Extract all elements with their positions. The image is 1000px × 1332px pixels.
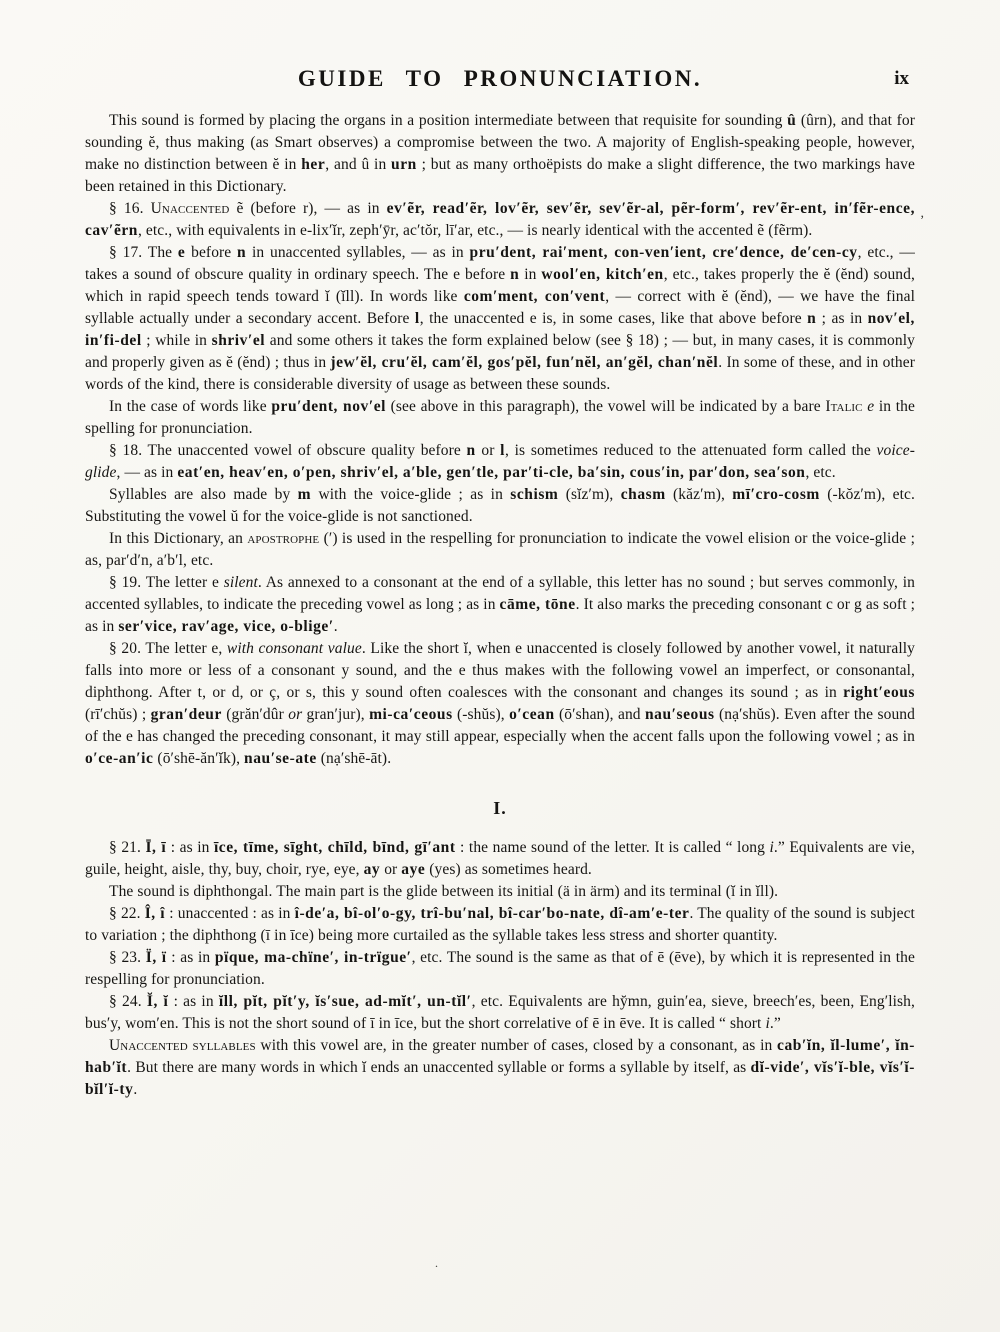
example-word: mī′cro-cosm [732, 486, 820, 503]
text-run: with consonant value [227, 640, 362, 657]
page-body: This sound is formed by placing the orga… [85, 110, 915, 1101]
page-number: ix [894, 68, 909, 90]
text-run: This sound is formed by placing the orga… [109, 112, 787, 129]
text-run: § 17. The [109, 244, 178, 261]
text-run: apostrophe [247, 530, 319, 547]
text-run: : as in [166, 839, 214, 856]
text-run: (rī′chŭs) ; [85, 706, 151, 723]
paragraph-section-19: § 19. The letter e silent. As annexed to… [85, 572, 915, 638]
paragraph-intro: This sound is formed by placing the orga… [85, 110, 915, 198]
text-run: gran′jur), [302, 706, 369, 723]
example-word: jew′ĕl, cru′ĕl, cam′ĕl, gos′pĕl, fun′nĕl… [330, 354, 718, 371]
example-word: wool′en, kitch′en [541, 266, 663, 283]
text-run: § 18. The unaccented vowel of obscure qu… [109, 442, 467, 459]
text-run: : unaccented : as in [165, 905, 294, 922]
text-run: or [476, 442, 500, 459]
scan-artifact-comma: , [921, 206, 925, 222]
text-run: § 22. [109, 905, 145, 922]
example-word: n [807, 310, 816, 327]
text-run: In this Dictionary, an [109, 530, 247, 547]
example-word: ser′vice, rav′age, vice, o-blige′ [118, 618, 333, 635]
text-run: The sound is diphthongal. The main part … [109, 883, 778, 900]
text-run: Unaccented syllables [109, 1037, 256, 1054]
example-word: gran′deur [151, 706, 222, 723]
example-word: nau′se-ate [244, 750, 317, 767]
example-word: Î, î [145, 905, 165, 922]
text-run: silent [224, 574, 258, 591]
text-run: or [288, 706, 302, 723]
text-run: (ō′shē-ăn′ĭk), [153, 750, 244, 767]
example-word: her [301, 156, 325, 173]
example-word: n [467, 442, 476, 459]
text-run: : as in [168, 993, 218, 1010]
example-word: urn [391, 156, 417, 173]
text-run: , the unaccented e is, in some cases, li… [420, 310, 807, 327]
example-word: o′cean [509, 706, 555, 723]
text-run: § 23. [109, 949, 146, 966]
example-word: schism [510, 486, 558, 503]
example-word: mi-ca′ceous [369, 706, 453, 723]
text-run: , — as in [117, 464, 178, 481]
text-run: (grăn′dûr [222, 706, 288, 723]
text-run: : the name sound of the letter. It is ca… [456, 839, 770, 856]
example-word: m [298, 486, 311, 503]
example-word: chasm [621, 486, 666, 503]
page-title: GUIDE TO PRONUNCIATION. [85, 66, 915, 92]
text-run: § 16. [109, 200, 151, 217]
example-word: com′ment, con′vent [464, 288, 605, 305]
example-word: î-de′a, bî-ol′o-gy, trî-bu′nal, bî-car′b… [295, 905, 690, 922]
text-run: in unaccented syllables, — as in [246, 244, 469, 261]
example-word: n [510, 266, 519, 283]
text-run: Italic [825, 398, 862, 415]
paragraph-section-24b: Unaccented syllables with this vowel are… [85, 1035, 915, 1101]
paragraph-section-24a: § 24. Ĭ, ĭ : as in ĭll, pĭt, pĭt′y, ĭs′s… [85, 991, 915, 1035]
example-word: ĭll, pĭt, pĭt′y, ĭs′sue, ad-mĭt′, un-tĭl… [219, 993, 472, 1010]
text-run: , is sometimes reduced to the attenuated… [505, 442, 877, 459]
text-run: Unaccented [151, 200, 230, 217]
text-run: ; as in [816, 310, 867, 327]
text-run: § 21. [109, 839, 145, 856]
page-header: GUIDE TO PRONUNCIATION. ix [85, 66, 915, 110]
text-run: (sĭz′m), [558, 486, 620, 503]
text-run: , etc., with equivalents in e-lix′ĭr, ze… [138, 222, 812, 239]
text-run: (ō′shan), and [555, 706, 645, 723]
example-word: shriv′el [212, 332, 266, 349]
example-word: pru′dent, rai′ment, con-ven′ient, cre′de… [470, 244, 858, 261]
paragraph-section-20: § 20. The letter e, with consonant value… [85, 638, 915, 770]
text-run: (yes) as sometimes heard. [425, 861, 592, 878]
text-run: (-shŭs), [453, 706, 509, 723]
text-run: , etc. [805, 464, 835, 481]
paragraph-section-23: § 23. Ï, ï : as in pïque, ma-chïne′, in-… [85, 947, 915, 991]
example-word: n [237, 244, 246, 261]
text-run: (nạ′shē-āt). [317, 750, 391, 767]
example-word: Ĭ, ĭ [147, 993, 169, 1010]
paragraph-section-17-note: In the case of words like pru′dent, nov′… [85, 396, 915, 440]
example-word: pïque, ma-chïne′, in-trïgue′ [215, 949, 412, 966]
text-run: or [380, 861, 401, 878]
example-word: eat′en, heav′en, o′pen, shriv′el, a′ble,… [177, 464, 805, 481]
text-run: with the voice-glide ; as in [311, 486, 510, 503]
paragraph-section-17: § 17. The e before n in unaccented sylla… [85, 242, 915, 396]
example-word: right′eous [843, 684, 915, 701]
text-run: before [185, 244, 237, 261]
text-run: (see above in this paragraph), the vowel… [386, 398, 825, 415]
text-run: with this vowel are, in the greater numb… [256, 1037, 777, 1054]
text-run: in [519, 266, 541, 283]
text-run: § 24. [109, 993, 147, 1010]
text-run: . [334, 618, 338, 635]
example-word: Ï, ï [146, 949, 167, 966]
text-run: § 19. The letter e [109, 574, 224, 591]
text-run: In the case of words like [109, 398, 271, 415]
example-word: û [787, 112, 796, 129]
letter-i-heading: I. [85, 798, 915, 819]
scan-artifact-dot: . [435, 1256, 438, 1271]
example-word: Ī, ī [145, 839, 166, 856]
text-run: ẽ (before r), — as in [229, 200, 386, 217]
dictionary-page: GUIDE TO PRONUNCIATION. ix This sound is… [0, 0, 1000, 1332]
text-run: : as in [167, 949, 215, 966]
paragraph-section-18b: Syllables are also made by m with the vo… [85, 484, 915, 528]
text-run: . But there are many words in which ĭ en… [127, 1059, 750, 1076]
text-run: ; while in [142, 332, 212, 349]
paragraph-section-18a: § 18. The unaccented vowel of obscure qu… [85, 440, 915, 484]
text-run: . [133, 1081, 137, 1098]
paragraph-section-22: § 22. Î, î : unaccented : as in î-de′a, … [85, 903, 915, 947]
paragraph-section-21a: § 21. Ī, ī : as in īce, tīme, sīght, chī… [85, 837, 915, 881]
paragraph-section-21b: The sound is diphthongal. The main part … [85, 881, 915, 903]
example-word: īce, tīme, sīght, chīld, bīnd, gī′ant [214, 839, 456, 856]
example-word: aye [401, 861, 425, 878]
text-run: (kăz′m), [666, 486, 733, 503]
example-word: ay [364, 861, 381, 878]
example-word: nau′seous [645, 706, 715, 723]
example-word: cāme, tōne [500, 596, 576, 613]
paragraph-section-18c: In this Dictionary, an apostrophe (′) is… [85, 528, 915, 572]
example-word: o′ce-an′ic [85, 750, 153, 767]
text-run: § 20. The letter e, [109, 640, 227, 657]
text-run: .” [770, 1015, 781, 1032]
text-run: , and û in [325, 156, 391, 173]
example-word: pru′dent, nov′el [271, 398, 386, 415]
paragraph-section-16: § 16. Unaccented ẽ (before r), — as in e… [85, 198, 915, 242]
text-run: Syllables are also made by [109, 486, 298, 503]
